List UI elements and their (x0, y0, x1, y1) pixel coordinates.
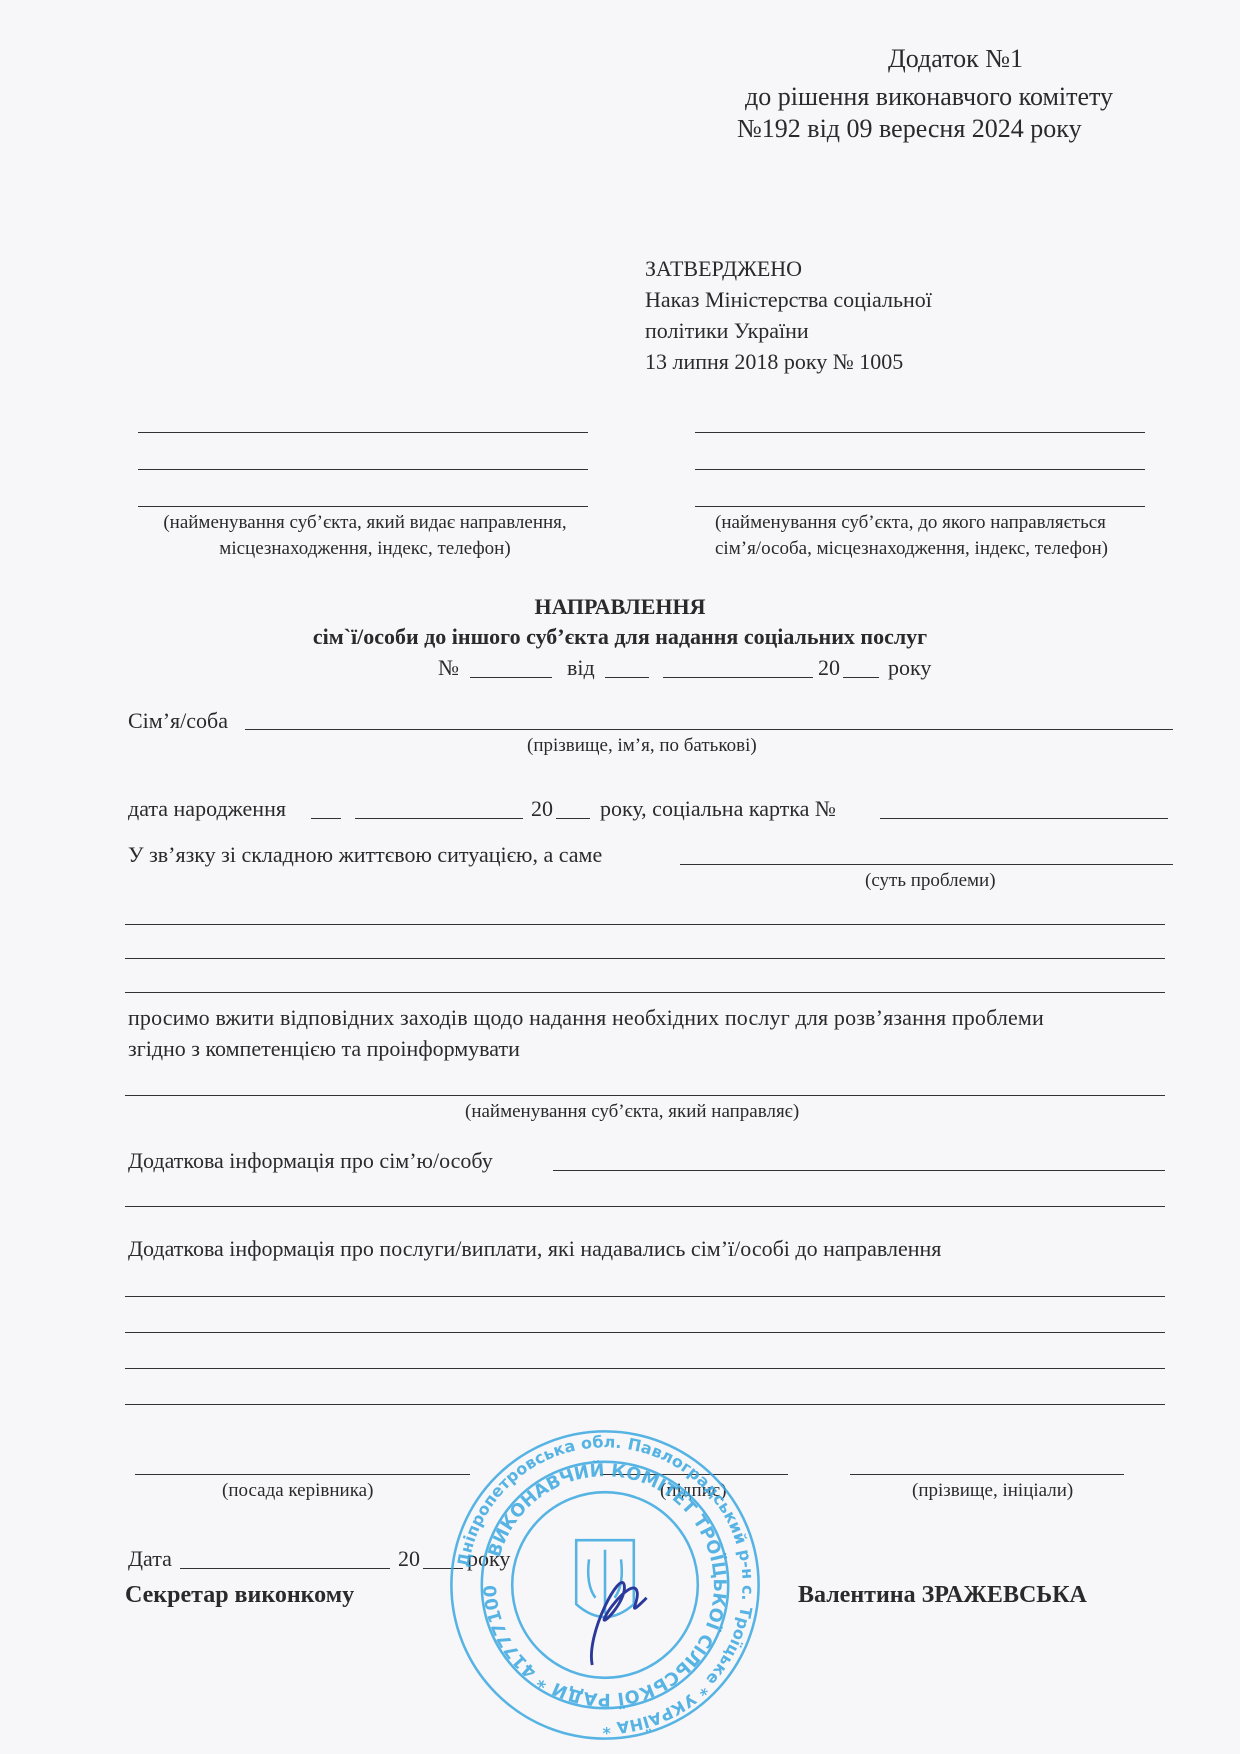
extra-services-line-3[interactable] (125, 1368, 1165, 1369)
referrer-field[interactable] (125, 1095, 1165, 1096)
request-text-1: просимо вжити відповідних заходів щодо н… (128, 1005, 1044, 1031)
recipient-line-3[interactable] (695, 506, 1145, 507)
referrer-caption: (найменування суб’єкта, який направляє) (465, 1101, 799, 1123)
family-caption: (прізвище, ім’я, по батькові) (527, 735, 757, 757)
month-field[interactable] (663, 677, 813, 678)
from-label: від (567, 655, 595, 681)
birth-year-suffix: року, соціальна картка № (600, 796, 836, 822)
recipient-caption-1: (найменування суб’єкта, до якого направл… (715, 512, 1106, 534)
situation-label: У зв’язку зі складною життєвою ситуацією… (128, 842, 602, 868)
recipient-caption-2: сім’я/особа, місцезнаходження, індекс, т… (715, 538, 1108, 560)
official-stamp: Дніпропетровська обл. Павлоградський р-н… (445, 1425, 765, 1745)
recipient-line-1[interactable] (695, 432, 1145, 433)
number-field[interactable] (470, 677, 552, 678)
year-field[interactable] (843, 677, 879, 678)
family-label: Сім’я/соба (128, 708, 228, 734)
issuer-line-1[interactable] (138, 432, 588, 433)
document-subtitle: сім`ї/особи до іншого суб’єкта для надан… (0, 624, 1240, 650)
birth-day-field[interactable] (311, 818, 341, 819)
situation-line-3[interactable] (125, 958, 1165, 959)
issuer-line-2[interactable] (138, 469, 588, 470)
document-title: НАПРАВЛЕННЯ (0, 594, 1240, 620)
approved-line3: 13 липня 2018 року № 1005 (645, 349, 903, 375)
extra-services-line-2[interactable] (125, 1332, 1165, 1333)
signer-title: Секретар виконкому (125, 1582, 354, 1609)
recipient-line-2[interactable] (695, 469, 1145, 470)
stamp-seal-icon: Дніпропетровська обл. Павлоградський р-н… (445, 1425, 765, 1745)
day-field[interactable] (605, 677, 649, 678)
position-field[interactable] (135, 1474, 470, 1475)
issuer-caption-2: місцезнаходження, індекс, телефон) (120, 538, 610, 560)
extra-family-field[interactable] (553, 1170, 1165, 1171)
year-suffix: року (888, 655, 931, 681)
approved-line2: політики України (645, 318, 809, 344)
appendix-line-number: №192 від 09 вересня 2024 року (737, 114, 1082, 144)
extra-family-line-2[interactable] (125, 1206, 1165, 1207)
issuer-line-3[interactable] (138, 506, 588, 507)
situation-line-2[interactable] (125, 924, 1165, 925)
name-field[interactable] (850, 1474, 1124, 1475)
family-name-field[interactable] (245, 729, 1173, 730)
handwritten-signature (591, 1582, 646, 1665)
issuer-caption-1: (найменування суб’єкта, який видає напра… (120, 512, 610, 534)
appendix-line-decision: до рішення виконавчого комітету (745, 82, 1113, 112)
name-caption: (прізвище, ініціали) (912, 1480, 1073, 1502)
extra-services-label: Додаткова інформація про послуги/виплати… (128, 1236, 941, 1262)
birth-year-field[interactable] (556, 818, 590, 819)
situation-line-4[interactable] (125, 992, 1165, 993)
date-year-prefix: 20 (398, 1546, 420, 1572)
position-caption: (посада керівника) (222, 1480, 373, 1502)
extra-services-line-4[interactable] (125, 1404, 1165, 1405)
approved-line1: Наказ Міністерства соціальної (645, 287, 932, 313)
social-card-field[interactable] (880, 818, 1168, 819)
number-label: № (438, 655, 459, 681)
appendix-title: Додаток №1 (888, 44, 1023, 74)
extra-services-line-1[interactable] (125, 1296, 1165, 1297)
birth-month-field[interactable] (355, 818, 523, 819)
signer-name: Валентина ЗРАЖЕВСЬКА (798, 1582, 1087, 1609)
date-label: Дата (128, 1546, 172, 1572)
situation-caption: (суть проблеми) (865, 870, 996, 892)
date-field[interactable] (180, 1568, 390, 1569)
approved-title: ЗАТВЕРДЖЕНО (645, 256, 802, 282)
situation-field[interactable] (680, 864, 1173, 865)
year-prefix: 20 (818, 655, 840, 681)
extra-family-label: Додаткова інформація про сім’ю/особу (128, 1148, 493, 1174)
request-text-2: згідно з компетенцією та проінформувати (128, 1036, 520, 1062)
birth-year-prefix: 20 (531, 796, 553, 822)
birth-label: дата народження (128, 796, 286, 822)
